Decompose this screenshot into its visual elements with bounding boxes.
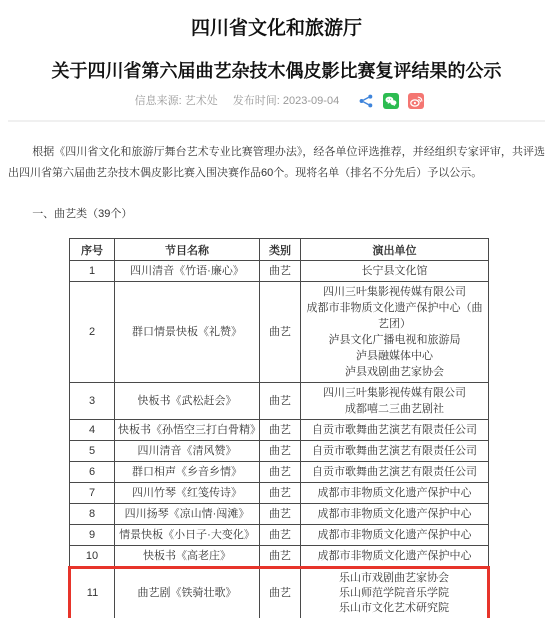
header-program: 节目名称 — [115, 239, 260, 261]
unit-line: 泸县戏剧曲艺家协会 — [304, 364, 485, 380]
units-cell: 四川三叶集影视传媒有限公司成都市非物质文化遗产保护中心（曲艺团）泸县文化广播电视… — [301, 282, 489, 383]
program-name-cell: 曲艺剧《铁骑壮歌》 — [115, 568, 260, 618]
table-row: 4快板书《孙悟空三打白骨精》曲艺自贡市歌舞曲艺演艺有限责任公司 — [70, 420, 489, 441]
page-title: 四川省文化和旅游厅 — [0, 16, 553, 42]
unit-line: 乐山市文化艺术研究院 — [304, 601, 484, 616]
unit-line: 成都市非物质文化遗产保护中心 — [304, 485, 485, 501]
header-unit: 演出单位 — [301, 239, 489, 261]
results-table: 序号 节目名称 类别 演出单位 1四川清音《竹语·廉心》曲艺长宁县文化馆2群口情… — [68, 238, 490, 618]
row-number-cell: 9 — [70, 525, 115, 546]
units-cell: 乐山市戏剧曲艺家协会乐山师范学院音乐学院乐山市文化艺术研究院 — [301, 568, 489, 618]
category-cell: 曲艺 — [260, 462, 301, 483]
unit-line: 泸县融媒体中心 — [304, 348, 485, 364]
units-cell: 长宁县文化馆 — [301, 261, 489, 282]
unit-line: 泸县文化广播电视和旅游局 — [304, 332, 485, 348]
category-cell: 曲艺 — [260, 568, 301, 618]
table-row: 2群口情景快板《礼赞》曲艺四川三叶集影视传媒有限公司成都市非物质文化遗产保护中心… — [70, 282, 489, 383]
row-number-cell: 8 — [70, 504, 115, 525]
notice-title: 关于四川省第六届曲艺杂技木偶皮影比赛复评结果的公示 — [0, 58, 553, 84]
unit-line: 乐山师范学院音乐学院 — [304, 586, 484, 601]
unit-line: 自贡市歌舞曲艺演艺有限责任公司 — [304, 464, 485, 480]
table-row: 6群口相声《乡音乡情》曲艺自贡市歌舞曲艺演艺有限责任公司 — [70, 462, 489, 483]
program-name-cell: 群口相声《乡音乡情》 — [115, 462, 260, 483]
unit-line: 自贡市歌舞曲艺演艺有限责任公司 — [304, 443, 485, 459]
header-category: 类别 — [260, 239, 301, 261]
table-body: 1四川清音《竹语·廉心》曲艺长宁县文化馆2群口情景快板《礼赞》曲艺四川三叶集影视… — [70, 261, 489, 618]
unit-line: 自贡市歌舞曲艺演艺有限责任公司 — [304, 422, 485, 438]
category-cell: 曲艺 — [260, 441, 301, 462]
program-name-cell: 四川扬琴《凉山情·闯滩》 — [115, 504, 260, 525]
category-cell: 曲艺 — [260, 546, 301, 568]
unit-line: 四川三叶集影视传媒有限公司 — [304, 284, 485, 300]
unit-line: 成都市非物质文化遗产保护中心 — [304, 506, 485, 522]
unit-line: 成都市非物质文化遗产保护中心（曲艺团） — [304, 300, 485, 332]
category-cell: 曲艺 — [260, 483, 301, 504]
row-number-cell: 5 — [70, 441, 115, 462]
table-header-row: 序号 节目名称 类别 演出单位 — [70, 239, 489, 261]
notice-page: 四川省文化和旅游厅 关于四川省第六届曲艺杂技木偶皮影比赛复评结果的公示 信息来源… — [0, 0, 553, 618]
info-source-value: 艺术处 — [185, 95, 218, 107]
table-row: 3快板书《武松赶会》曲艺四川三叶集影视传媒有限公司成都嘻二三曲艺剧社 — [70, 383, 489, 420]
program-name-cell: 四川清音《竹语·廉心》 — [115, 261, 260, 282]
category-cell: 曲艺 — [260, 420, 301, 441]
program-name-cell: 四川竹琴《红笺传诗》 — [115, 483, 260, 504]
notice-paragraph: 根据《四川省文化和旅游厅舞台艺术专业比赛管理办法》，经各单位评选推荐，并经组织专… — [8, 142, 545, 184]
table-row: 8四川扬琴《凉山情·闯滩》曲艺成都市非物质文化遗产保护中心 — [70, 504, 489, 525]
row-number-cell: 11 — [70, 568, 115, 618]
table-row: 11曲艺剧《铁骑壮歌》曲艺乐山市戏剧曲艺家协会乐山师范学院音乐学院乐山市文化艺术… — [70, 568, 489, 618]
unit-line: 成都嘻二三曲艺剧社 — [304, 401, 485, 417]
header-divider — [8, 120, 545, 122]
units-cell: 成都市非物质文化遗产保护中心 — [301, 525, 489, 546]
category-cell: 曲艺 — [260, 261, 301, 282]
category-cell: 曲艺 — [260, 504, 301, 525]
row-number-cell: 2 — [70, 282, 115, 383]
share-buttons — [352, 92, 424, 110]
header-no: 序号 — [70, 239, 115, 261]
table-row: 9情景快板《小日子·大变化》曲艺成都市非物质文化遗产保护中心 — [70, 525, 489, 546]
program-name-cell: 情景快板《小日子·大变化》 — [115, 525, 260, 546]
unit-line: 成都市非物质文化遗产保护中心 — [304, 548, 485, 564]
row-number-cell: 6 — [70, 462, 115, 483]
publish-date: 发布时间: 2023-09-04 — [233, 95, 339, 107]
units-cell: 自贡市歌舞曲艺演艺有限责任公司 — [301, 441, 489, 462]
row-number-cell: 3 — [70, 383, 115, 420]
category-cell: 曲艺 — [260, 383, 301, 420]
results-table-wrap: 序号 节目名称 类别 演出单位 1四川清音《竹语·廉心》曲艺长宁县文化馆2群口情… — [68, 238, 553, 618]
row-number-cell: 4 — [70, 420, 115, 441]
info-source-label: 信息来源: — [135, 95, 182, 107]
share-icon[interactable] — [358, 93, 374, 109]
row-number-cell: 1 — [70, 261, 115, 282]
table-row: 5四川清音《清风赞》曲艺自贡市歌舞曲艺演艺有限责任公司 — [70, 441, 489, 462]
section-heading: 一、曲艺类（39个） — [8, 204, 545, 225]
info-source: 信息来源: 艺术处 — [135, 95, 218, 107]
table-row: 1四川清音《竹语·廉心》曲艺长宁县文化馆 — [70, 261, 489, 282]
units-cell: 成都市非物质文化遗产保护中心 — [301, 546, 489, 568]
unit-line: 乐山市戏剧曲艺家协会 — [304, 571, 484, 586]
row-number-cell: 10 — [70, 546, 115, 568]
table-row: 10快板书《高老庄》曲艺成都市非物质文化遗产保护中心 — [70, 546, 489, 568]
weibo-icon[interactable] — [408, 93, 424, 109]
unit-line: 成都市非物质文化遗产保护中心 — [304, 527, 485, 543]
program-name-cell: 快板书《孙悟空三打白骨精》 — [115, 420, 260, 441]
program-name-cell: 快板书《武松赶会》 — [115, 383, 260, 420]
program-name-cell: 四川清音《清风赞》 — [115, 441, 260, 462]
units-cell: 自贡市歌舞曲艺演艺有限责任公司 — [301, 420, 489, 441]
publish-date-label: 发布时间: — [233, 95, 280, 107]
category-cell: 曲艺 — [260, 282, 301, 383]
publish-date-value: 2023-09-04 — [283, 95, 339, 107]
units-cell: 自贡市歌舞曲艺演艺有限责任公司 — [301, 462, 489, 483]
category-cell: 曲艺 — [260, 525, 301, 546]
program-name-cell: 群口情景快板《礼赞》 — [115, 282, 260, 383]
units-cell: 成都市非物质文化遗产保护中心 — [301, 504, 489, 525]
program-name-cell: 快板书《高老庄》 — [115, 546, 260, 568]
unit-line: 四川三叶集影视传媒有限公司 — [304, 385, 485, 401]
meta-bar: 信息来源: 艺术处 发布时间: 2023-09-04 — [0, 92, 553, 110]
row-number-cell: 7 — [70, 483, 115, 504]
units-cell: 成都市非物质文化遗产保护中心 — [301, 483, 489, 504]
table-row: 7四川竹琴《红笺传诗》曲艺成都市非物质文化遗产保护中心 — [70, 483, 489, 504]
units-cell: 四川三叶集影视传媒有限公司成都嘻二三曲艺剧社 — [301, 383, 489, 420]
unit-line: 长宁县文化馆 — [304, 263, 485, 279]
wechat-icon[interactable] — [383, 93, 399, 109]
